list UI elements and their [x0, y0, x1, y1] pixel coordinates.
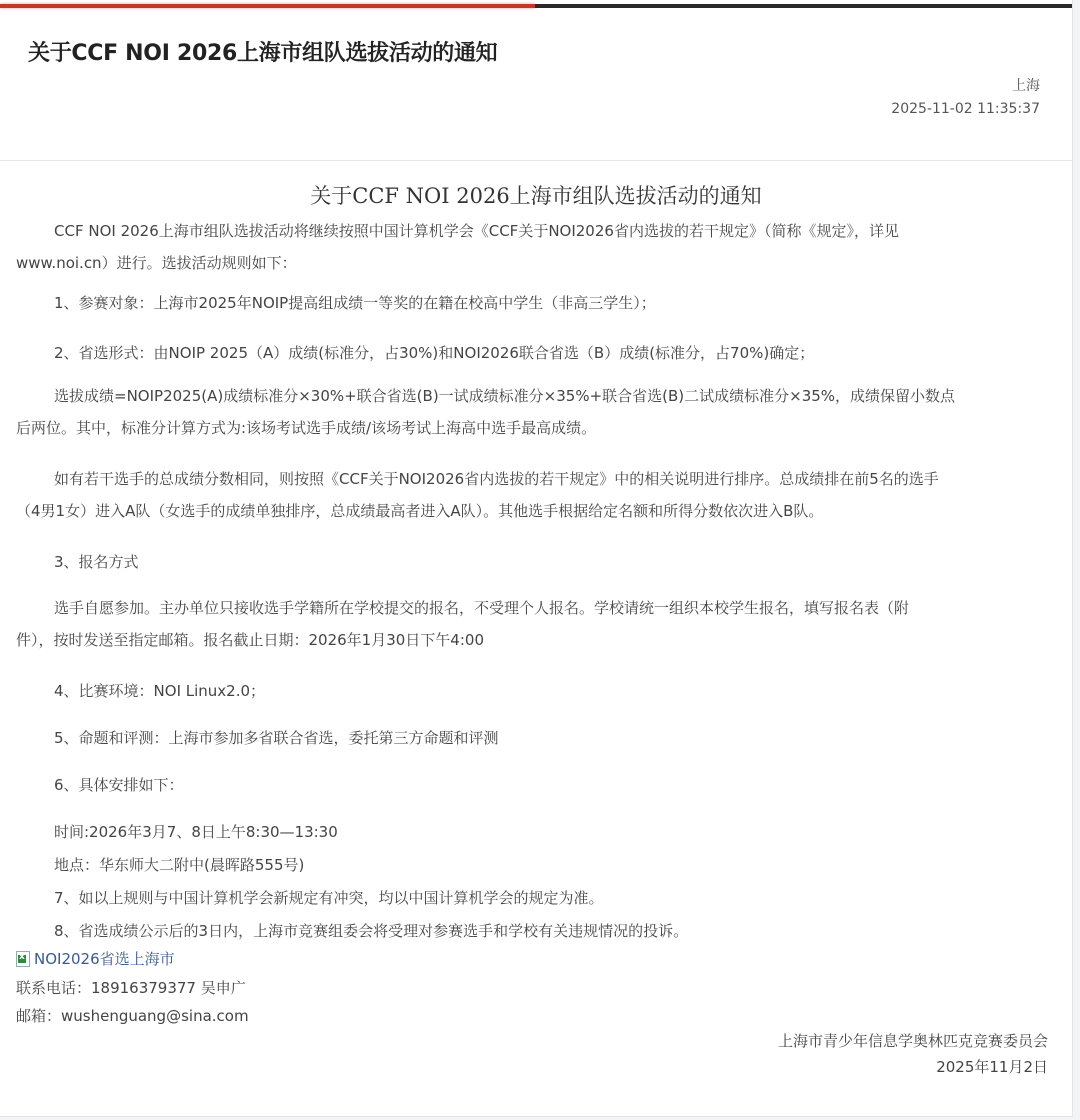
- attachment-label: NOI2026省选上海市: [34, 948, 175, 969]
- article-title: 关于CCF NOI 2026上海市组队选拔活动的通知: [0, 180, 1072, 210]
- notice-page: 关于CCF NOI 2026上海市组队选拔活动的通知 上海 2025-11-02…: [0, 0, 1073, 1117]
- registration-line-1: 选手自愿参加。主办单位只接收选手学籍所在学校提交的报名，不受理个人报名。学校请统…: [16, 592, 1056, 624]
- formula-paragraph: 选拔成绩=NOIP2025(A)成绩标准分×30%+联合省选(B)一试成绩标准分…: [16, 380, 1056, 444]
- notice-header: 关于CCF NOI 2026上海市组队选拔活动的通知 上海 2025-11-02…: [0, 8, 1072, 161]
- rule-item-2: 2、省选形式：由NOIP 2025（A）成绩(标准分，占30%)和NOI2026…: [16, 337, 1080, 369]
- registration-line-2: 件），按时发送至指定邮箱。报名截止日期：2026年1月30日下午4:00: [16, 624, 1056, 656]
- formula-line-1: 选拔成绩=NOIP2025(A)成绩标准分×30%+联合省选(B)一试成绩标准分…: [16, 380, 1056, 412]
- formula-line-2: 后两位。其中，标准分计算方式为:该场考试选手成绩/该场考试上海高中选手最高成绩。: [16, 412, 1056, 444]
- signature-organization: 上海市青少年信息学奥林匹克竞赛委员会: [778, 1030, 1048, 1051]
- ranking-line-1: 如有若干选手的总成绩分数相同，则按照《CCF关于NOI2026省内选拔的若干规定…: [16, 463, 1056, 495]
- intro-line-2: www.noi.cn）进行。选拔活动规则如下：: [16, 247, 1056, 279]
- schedule-time: 时间:2026年3月7、8日上午8:30—13:30: [16, 816, 1080, 848]
- ranking-line-2: （4男1女）进入A队（女选手的成绩单独排序，总成绩最高者进入A队）。其他选手根据…: [16, 495, 1056, 527]
- rule-item-5: 5、命题和评测：上海市参加多省联合省选，委托第三方命题和评测: [16, 722, 1080, 754]
- rule-item-7: 7、如以上规则与中国计算机学会新规定有冲突，均以中国计算机学会的规定为准。: [16, 882, 1080, 914]
- intro-line-1: CCF NOI 2026上海市组队选拔活动将继续按照中国计算机学会《CCF关于N…: [16, 215, 1056, 247]
- page-title: 关于CCF NOI 2026上海市组队选拔活动的通知: [28, 36, 497, 67]
- rule-item-1: 1、参赛对象：上海市2025年NOIP提高组成绩一等奖的在籍在校高中学生（非高三…: [16, 287, 1080, 319]
- attachment-link[interactable]: NOI2026省选上海市: [16, 948, 175, 969]
- rule-item-4: 4、比赛环境：NOI Linux2.0；: [16, 675, 1080, 707]
- schedule-location: 地点：华东师大二附中(晨晖路555号): [16, 849, 1080, 881]
- rule-item-6: 6、具体安排如下：: [16, 769, 1080, 801]
- registration-paragraph: 选手自愿参加。主办单位只接收选手学籍所在学校提交的报名，不受理个人报名。学校请统…: [16, 592, 1056, 656]
- ranking-paragraph: 如有若干选手的总成绩分数相同，则按照《CCF关于NOI2026省内选拔的若干规定…: [16, 463, 1056, 527]
- excel-file-icon: [16, 951, 30, 967]
- source-label: 上海: [1012, 75, 1040, 95]
- contact-email: 邮箱：wushenguang@sina.com: [16, 1000, 1056, 1032]
- signature-date: 2025年11月2日: [936, 1056, 1048, 1077]
- rule-item-8: 8、省选成绩公示后的3日内，上海市竞赛组委会将受理对参赛选手和学校有关违规情况的…: [16, 915, 1080, 947]
- rule-item-3: 3、报名方式: [16, 546, 1080, 578]
- intro-paragraph: CCF NOI 2026上海市组队选拔活动将继续按照中国计算机学会《CCF关于N…: [16, 215, 1056, 279]
- publish-datetime: 2025-11-02 11:35:37: [891, 101, 1040, 117]
